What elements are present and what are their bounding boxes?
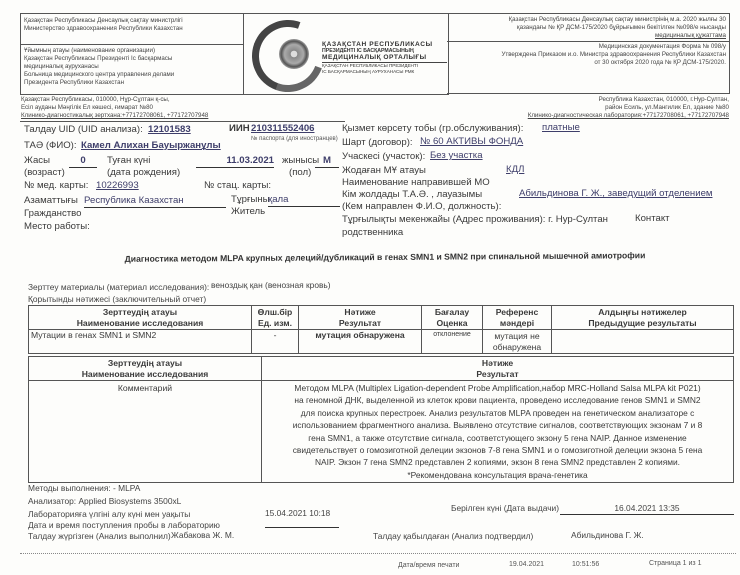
- col-assessment-header: БағалауОценка: [422, 306, 483, 330]
- mo-label-ru: Наименование направившей МО: [342, 177, 490, 189]
- header-right-approval-kz: Қазақстан Республикасы Денсаулық сақтау …: [447, 13, 730, 42]
- results-header-row: Зерттеудің атауыНаименование исследовани…: [29, 306, 734, 330]
- dob-label-ru: (дата рождения): [107, 167, 180, 179]
- header-right-approval-ru: Медицинская документация Форма № 098/у У…: [447, 40, 730, 94]
- citizenship-label-kz: Азаматтығы: [24, 195, 78, 207]
- medcard-value: 10226993: [96, 180, 139, 192]
- passport-label: № паспорта (для иностранцев): [251, 136, 338, 142]
- table-row: Мутации в генах SMN1 и SMN2 - мутация об…: [29, 330, 734, 354]
- row-assessment: отклонение: [422, 330, 483, 354]
- comment-text: Методом MLPA (Multiplex Ligation-depende…: [262, 381, 734, 483]
- age-label-ru: (возраст): [24, 167, 65, 179]
- contract-label: Шарт (договор):: [342, 137, 413, 149]
- comment-row-name: Комментарий: [29, 381, 262, 483]
- analyzer-label: Анализатор: Applied Biosystems 3500xL: [28, 496, 181, 507]
- contract-value: № 60 АКТИВЫ ФОНДА: [420, 136, 523, 148]
- issued-label: Берілген күні (Дата выдачи): [451, 503, 559, 514]
- col-name-header: Зерттеудің атауыНаименование исследовани…: [29, 306, 252, 330]
- referrer-label-kz: Кім жолдады Т.А.Ә. , лауазымы: [342, 189, 482, 201]
- fio-label: ТАӘ (ФИО):: [24, 140, 77, 152]
- header-left-ministry: Қазақстан Республикасы Денсаулық сақтау …: [20, 13, 244, 45]
- org-kz-1: Қазақстан Республикасы Президенті Іс бас…: [21, 55, 243, 63]
- print-label: Дата/время печати: [398, 562, 459, 569]
- final-report-label: Қорытынды нәтижесі (заключительный отчет…: [28, 294, 206, 304]
- material-label: Зерттеу материалы (материал исследования…: [28, 282, 209, 292]
- confirmed-value: Абильдинова Г. Ж.: [571, 530, 644, 541]
- referrer-value: Абильдинова Г. Ж., заведущий отделением: [519, 188, 713, 200]
- comment-row: Комментарий Методом MLPA (Multiplex Liga…: [29, 381, 734, 483]
- comment-col-result-header: НәтижеРезультат: [262, 357, 734, 381]
- sex-label-kz: жынысы: [282, 155, 319, 167]
- logo-text: ҚАЗАҚСТАН РЕСПУБЛИКАСЫ ПРЕЗИДЕНТІ ІС БАС…: [322, 41, 447, 74]
- footer-dotted-divider: [20, 553, 736, 554]
- age-label-kz: Жасы: [24, 155, 50, 167]
- addr-kz-1: Қазақстан Республикасы, 010000, Нұр-Сұлт…: [21, 96, 251, 104]
- received-label-kz: Лабораторияға үлгіні алу күні мен уақыты: [28, 509, 190, 520]
- header-logo-box: ҚАЗАҚСТАН РЕСПУБЛИКАСЫ ПРЕЗИДЕНТІ ІС БАС…: [243, 13, 449, 95]
- resident-label-kz: Тұрғыны: [231, 194, 270, 206]
- comment-header-row: Зерттеудің атауыНаименование исследовани…: [29, 357, 734, 381]
- row-result: мутация обнаружена: [299, 330, 422, 354]
- addr-kz-2: Есіл ауданы Мәңгілік Ел көшесі, ғимарат …: [21, 104, 251, 112]
- header-right-address: Республика Казахстан, 010000, г.Нур-Султ…: [440, 96, 729, 120]
- row-previous: [552, 330, 734, 354]
- results-table: Зерттеудің атауыНаименование исследовани…: [28, 305, 734, 354]
- org-ru-1: Больница медицинского центра управления …: [21, 71, 243, 79]
- resident-label-ru: Житель: [231, 206, 265, 218]
- stac-card-label: № стац. карты:: [204, 180, 271, 192]
- dob-label-kz: Туған күні: [107, 155, 150, 167]
- org-ru-2: Президента Республики Казахстан: [21, 79, 243, 87]
- uid-value: 12101583: [148, 124, 191, 136]
- district-value: Без участка: [430, 150, 483, 162]
- header-left-org: Ұйымның атауы (наименование организации)…: [20, 44, 244, 95]
- iin-label: ИИН: [229, 123, 250, 135]
- issued-value: 16.04.2021 13:35: [560, 503, 734, 515]
- district-label: Учаскесі (участок):: [342, 151, 425, 163]
- iin-value: 210311552406: [251, 123, 315, 135]
- resident-value: қала: [268, 194, 340, 207]
- received-value: 15.04.2021 10:18: [265, 508, 339, 528]
- work-label: Место работы:: [24, 221, 90, 233]
- page-number: Страница 1 из 1: [649, 560, 701, 567]
- lab-phone-kz: Клинико-диагностикалық зертхана:+7717270…: [21, 112, 251, 120]
- citizenship-label-ru: Гражданство: [24, 208, 82, 220]
- sex-label-ru: (пол): [289, 167, 311, 179]
- fio-value: Камел Алихан Бауыржанұлы: [81, 140, 221, 152]
- performed-label: Талдау жүргізген (Анализ выполнил): [28, 531, 171, 542]
- org-kz-2: медициналық ауруханасы: [21, 63, 243, 71]
- col-previous-header: Алдыңғы нәтижелерПредыдущие результаты: [552, 306, 734, 330]
- ministry-ru: Министерство здравоохранения Республики …: [21, 25, 243, 33]
- dob-value: 11.03.2021: [196, 155, 274, 168]
- service-group-value: платные: [542, 122, 580, 134]
- address-label: Тұрғылықты мекенжайы (Адрес проживания):…: [342, 214, 608, 226]
- performed-value: Жабакова Ж. М.: [171, 530, 234, 541]
- confirmed-label: Талдау қабылдаған (Анализ подтвердил): [373, 531, 533, 542]
- contact-label: Контакт: [635, 213, 670, 225]
- col-reference-header: Референсмәндері: [483, 306, 552, 330]
- row-unit: -: [252, 330, 299, 354]
- row-reference: мутация необнаружена: [483, 330, 552, 354]
- test-title: Диагностика методом MLPA крупных делеций…: [60, 250, 710, 265]
- sex-value: М: [315, 155, 339, 168]
- row-name: Мутации в генах SMN1 и SMN2: [29, 330, 252, 354]
- col-unit-header: Өлш.бірЕд. изм.: [252, 306, 299, 330]
- state-emblem-icon: [279, 39, 309, 69]
- uid-label: Талдау UID (UID анализа):: [24, 124, 143, 136]
- citizenship-value: Республика Казахстан: [84, 195, 226, 208]
- material-value: веноздық қан (венозная кровь): [211, 280, 331, 290]
- age-value: 0: [69, 155, 97, 168]
- medcard-label: № мед. карты:: [24, 180, 88, 192]
- org-label: Ұйымның атауы (наименование организации): [21, 44, 243, 55]
- col-result-header: НәтижеРезультат: [299, 306, 422, 330]
- methods-label: Методы выполнения: - MLPA: [28, 483, 140, 494]
- print-time: 10:51:56: [572, 561, 599, 568]
- header-divider: [20, 121, 345, 122]
- header-left-address: Қазақстан Республикасы, 010000, Нұр-Сұлт…: [21, 96, 251, 120]
- comment-table: Зерттеудің атауыНаименование исследовани…: [28, 356, 734, 483]
- comment-col-name-header: Зерттеудің атауыНаименование исследовани…: [29, 357, 262, 381]
- print-date: 19.04.2021: [509, 561, 544, 568]
- mo-value: КДЛ: [506, 164, 524, 176]
- mo-label-kz: Жодаған МҰ атауы: [342, 165, 426, 177]
- referrer-label-ru: (Кем направлен Ф.И.О, должность):: [342, 201, 501, 213]
- ministry-kz: Қазақстан Республикасы Денсаулық сақтау …: [21, 14, 243, 25]
- service-group-label: Қызмет көрсету тобы (гр.обслуживания):: [342, 123, 523, 135]
- contact-label-2: родственника: [342, 227, 403, 239]
